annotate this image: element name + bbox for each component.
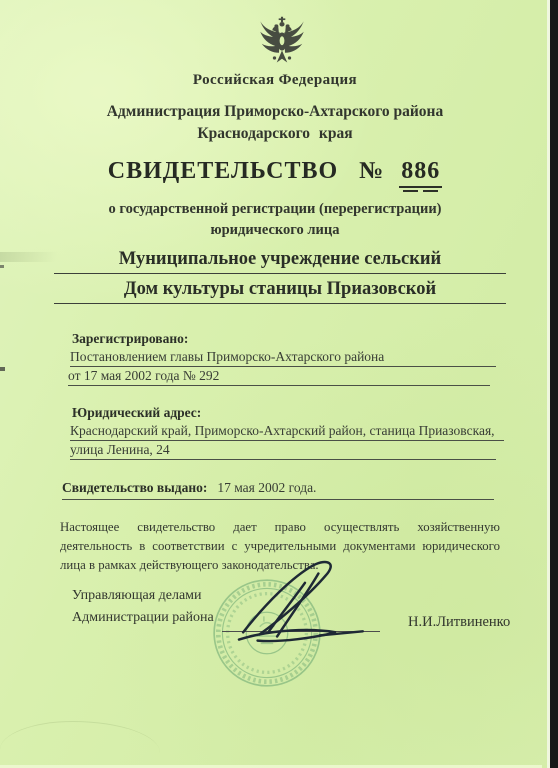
certificate-title: СВИДЕТЕЛЬСТВО № 886	[0, 158, 550, 188]
signatory-role-line1: Управляющая делами	[72, 588, 202, 604]
authority-line1: Администрация Приморско-Ахтарского район…	[0, 103, 550, 121]
organization-name-line1: Муниципальное учреждение сельский	[54, 249, 506, 274]
scanned-certificate: Российская Федерация Администрация Примо…	[0, 0, 558, 768]
paper-crease	[0, 252, 70, 262]
certificate-number: 886	[399, 158, 442, 188]
legal-address-label: Юридический адрес:	[72, 405, 201, 421]
registered-line2: от 17 мая 2002 года № 292	[68, 368, 490, 386]
issued-row: Свидетельство выдано:17 мая 2002 года.	[62, 480, 494, 500]
subtitle-line2: юридического лица	[0, 222, 550, 239]
signatory-role-line2: Администрации района	[72, 610, 214, 626]
authority-line2: Краснодарского края	[0, 125, 550, 143]
issued-label: Свидетельство выдано:	[62, 480, 207, 495]
organization-name-line2: Дом культуры станицы Приазовской	[54, 279, 506, 304]
registered-label: Зарегистрировано:	[72, 331, 188, 347]
subtitle-line1: о государственной регистрации (перерегис…	[0, 201, 550, 218]
scan-edge-mark	[0, 265, 4, 268]
handwritten-signature-icon	[212, 556, 398, 654]
scan-edge-mark	[0, 367, 5, 371]
double-underline	[403, 190, 438, 192]
paper-right-edge	[547, 0, 550, 768]
paper-fold-bottom-left	[0, 721, 160, 756]
legal-address-line2: улица Ленина, 24	[70, 442, 496, 460]
signatory-name: Н.И.Литвиненко	[408, 614, 510, 631]
legal-address-line1: Краснодарский край, Приморско-Ахтарский …	[70, 423, 504, 441]
number-sign: №	[359, 158, 384, 184]
title-word: СВИДЕТЕЛЬСТВО	[108, 158, 338, 184]
country-title: Российская Федерация	[0, 72, 550, 89]
certificate-paper: Российская Федерация Администрация Примо…	[0, 0, 550, 768]
issued-date: 17 мая 2002 года.	[217, 480, 316, 495]
registered-line1: Постановлением главы Приморско-Ахтарског…	[70, 349, 496, 367]
russian-coat-of-arms-icon	[258, 16, 306, 70]
